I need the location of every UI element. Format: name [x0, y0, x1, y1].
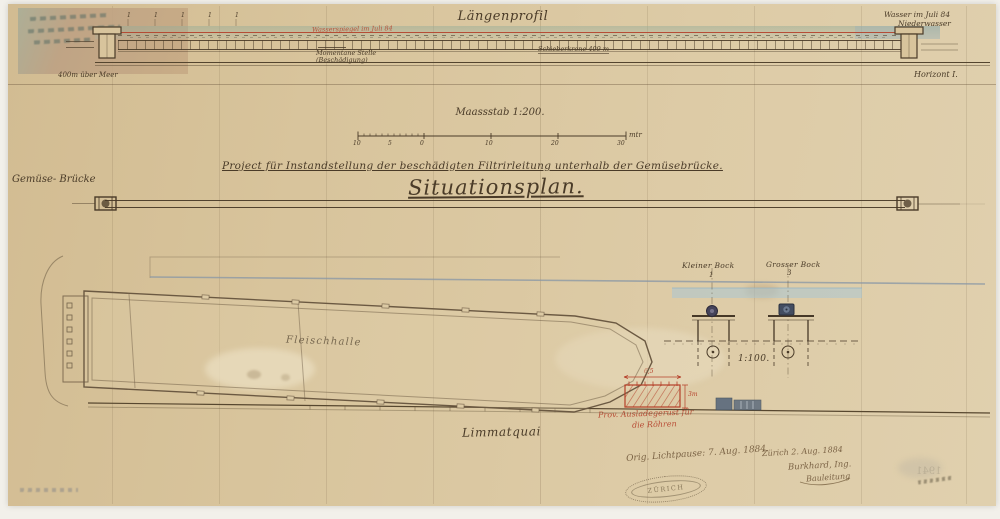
linework-overlay [0, 0, 1000, 519]
fleischhalle-outline [63, 291, 652, 412]
signature-flourish [800, 478, 850, 485]
blue-structures [716, 398, 761, 410]
profile-structures [66, 19, 990, 66]
situation-pipe-fittings [72, 197, 985, 210]
scale-bar-shape [358, 132, 626, 141]
scanned-plan-sheet: { "profile": { "title": "Längenprofil", … [0, 0, 1000, 519]
